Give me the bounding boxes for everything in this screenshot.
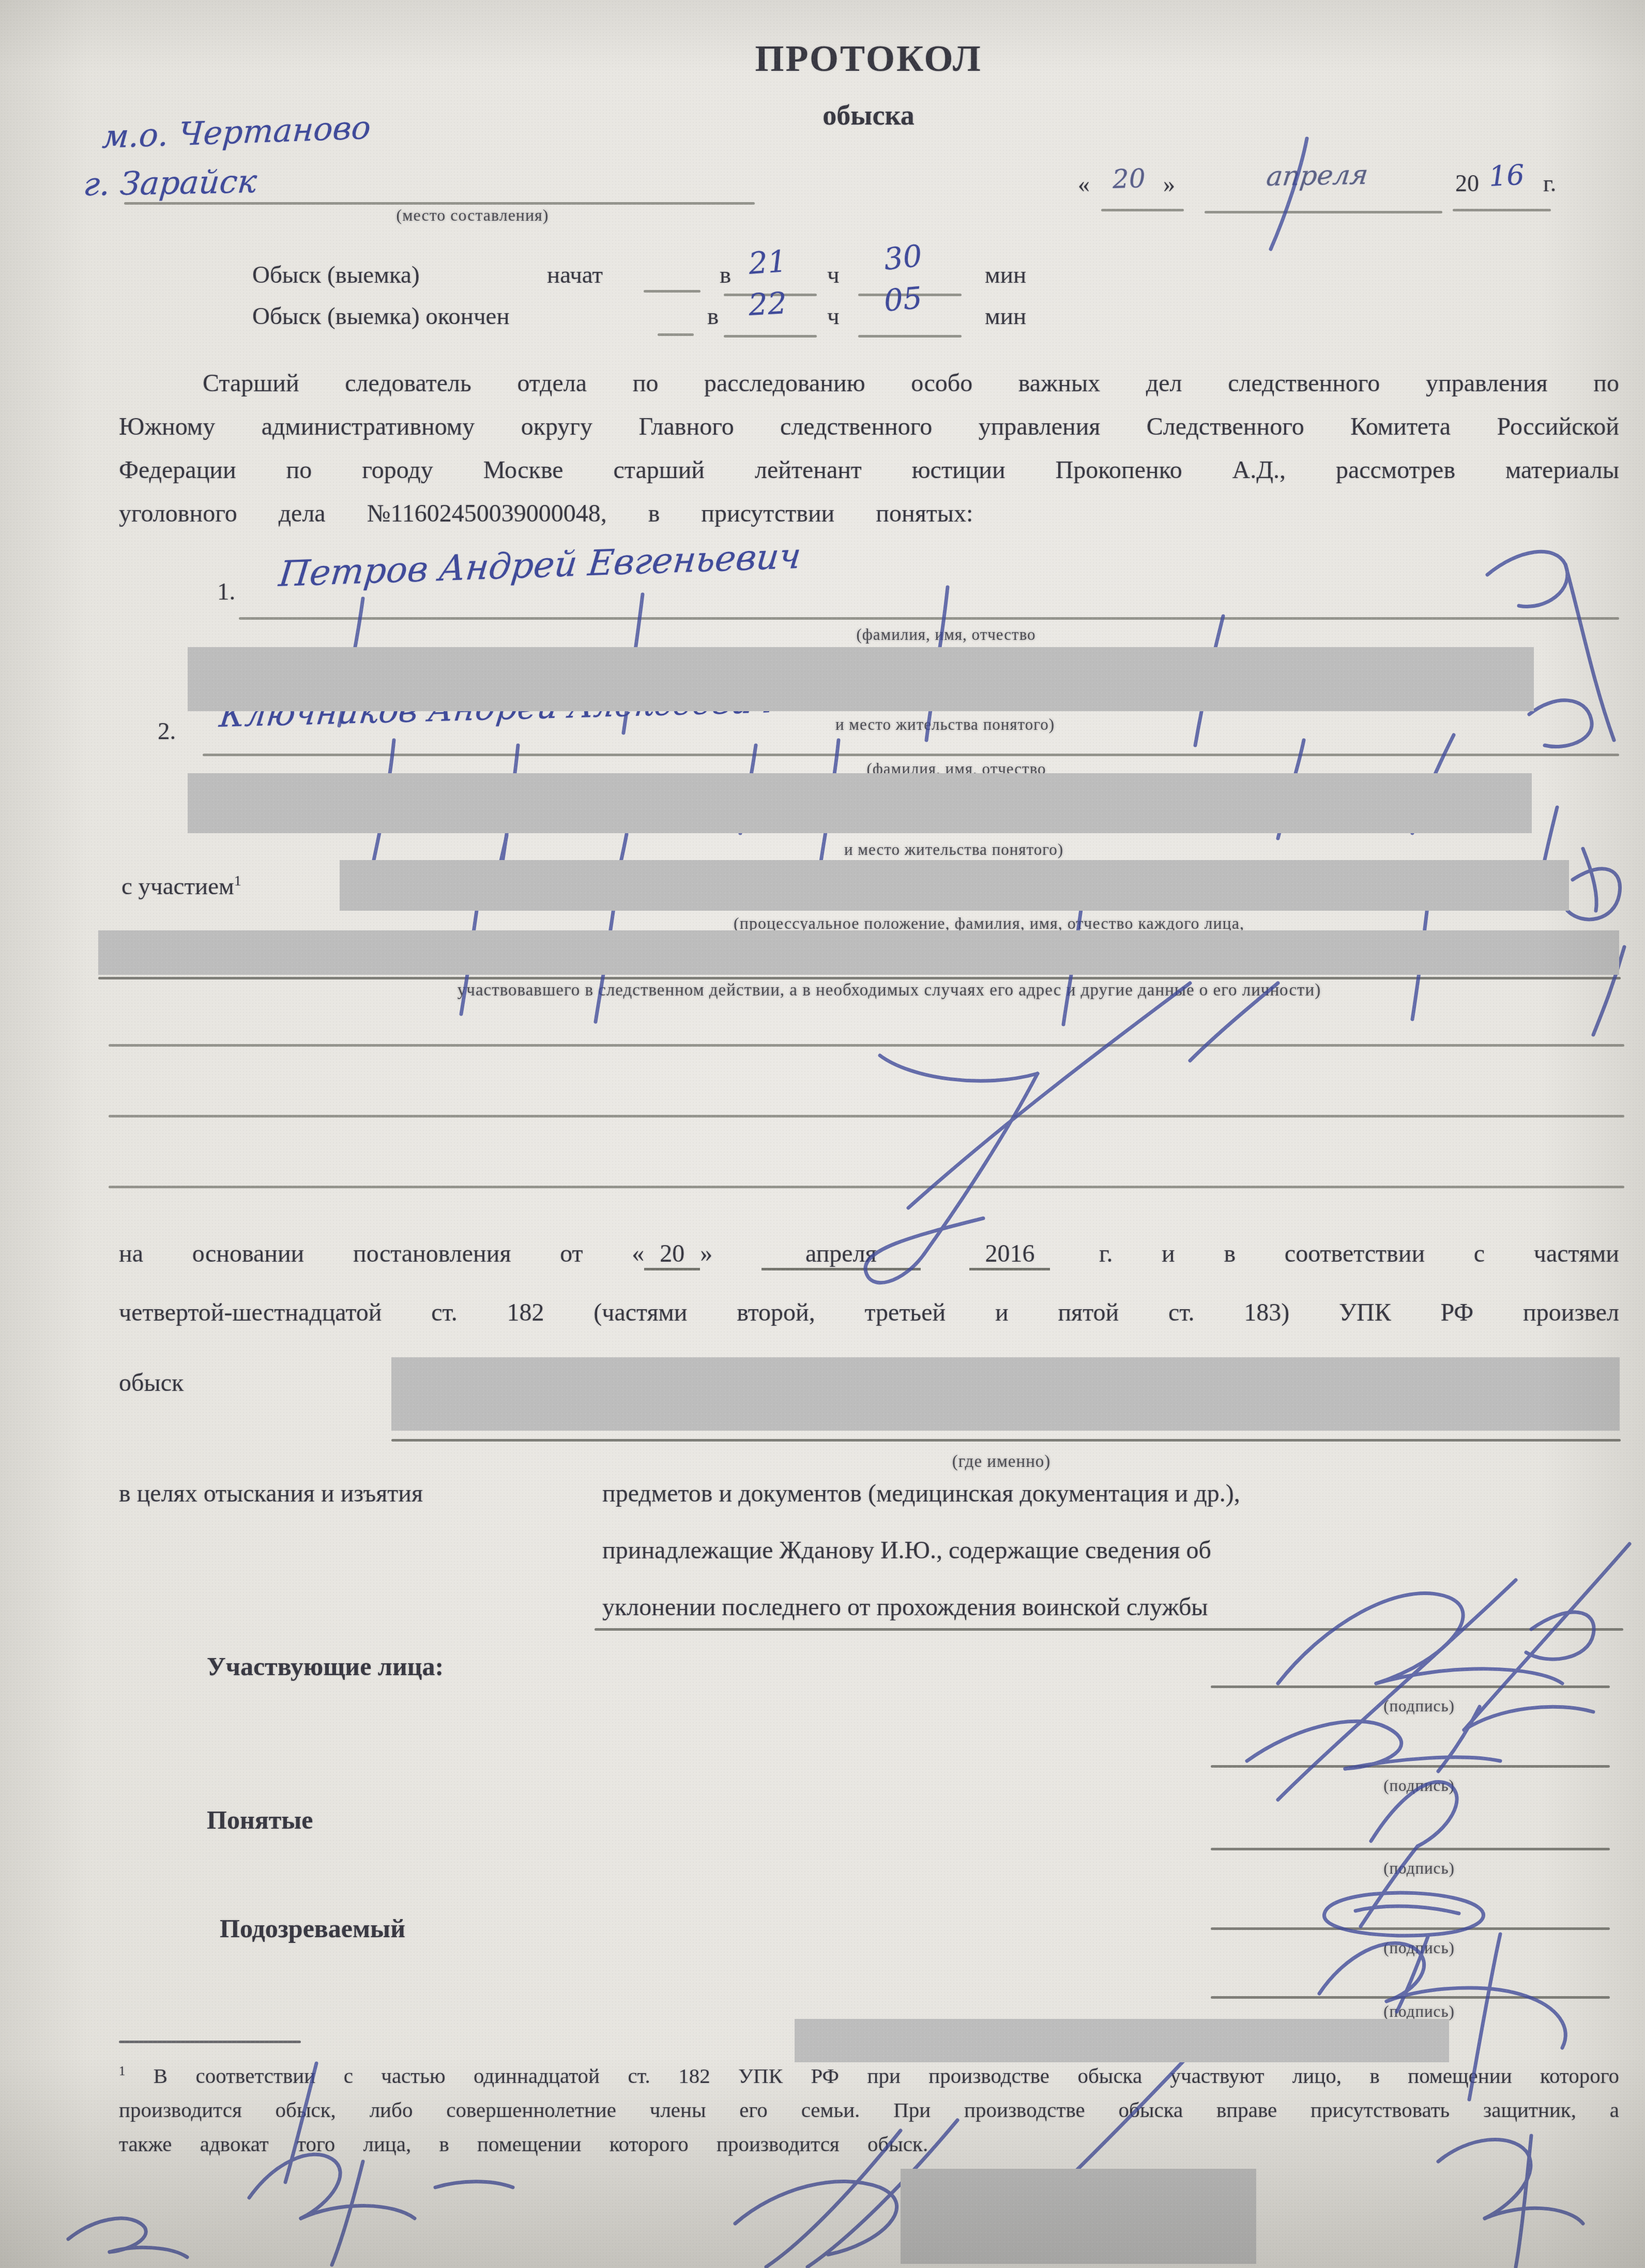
redaction-block-bottom [901, 2169, 1256, 2264]
finished-minutes-line [858, 335, 962, 338]
date-day-line [1101, 209, 1184, 211]
search-started-verb: начат [547, 261, 603, 289]
basis-open-quote: « [632, 1240, 644, 1267]
date-month-line [1205, 211, 1442, 213]
redaction-block-suspect-signature [795, 2019, 1449, 2062]
date-year-suffix: г. [1543, 170, 1556, 197]
basis-line-2: четвертой-шестнадцатой ст. 182 (частями … [119, 1298, 1619, 1327]
signature-line-2 [1211, 1765, 1610, 1768]
signature-line-5 [1211, 1996, 1610, 1999]
finished-hours-line [724, 335, 817, 338]
blank-line-1 [109, 1044, 1624, 1047]
search-started-in: в [720, 261, 731, 289]
date-close-quote: » [1163, 171, 1175, 198]
witness1-caption-top: (фамилия, имя, отчество [856, 625, 1035, 644]
signature-line-1 [1211, 1685, 1610, 1688]
signature-line-3 [1211, 1848, 1610, 1850]
basis-suffix: г. и в соответствии с частями [1099, 1240, 1619, 1267]
basis-line-1: на основании постановления от «20» апрел… [119, 1239, 1619, 1270]
redaction-block-participant [340, 860, 1569, 911]
search-finished-minutes-unit: мин [985, 302, 1026, 330]
witness1-name-line [239, 617, 1619, 620]
footnote-separator [119, 2041, 301, 2043]
participation-label: с участием1 [121, 872, 241, 900]
date-year-handwritten: 16 [1488, 158, 1525, 193]
place-caption: (место составления) [397, 206, 549, 225]
purpose-line-1: предметов и документов (медицинская доку… [602, 1479, 1240, 1508]
basis-year-field: 2016 [969, 1239, 1050, 1270]
witness1-name-handwritten: Петров Андрей Евгеньевич [277, 536, 803, 595]
signature-caption-4: (подпись) [1383, 1939, 1455, 1957]
date-month-handwritten: апреля [1265, 160, 1369, 193]
search-finished-in: в [707, 302, 719, 330]
date-year-line [1453, 209, 1551, 211]
redaction-block-witness1-address [188, 647, 1534, 711]
witnesses-section-label: Понятые [207, 1805, 313, 1835]
search-started-minutes-unit: мин [985, 261, 1026, 289]
footnote: 1 В соответствии с частью одиннадцатой с… [119, 2055, 1619, 2161]
basis-day-field: 20 [644, 1239, 700, 1270]
signature-caption-2: (подпись) [1383, 1776, 1455, 1795]
scanned-search-protocol-page: ПРОТОКОЛ обыска м.о. Чертаново г. Зарайс… [0, 0, 1645, 2268]
purpose-underline [595, 1628, 1623, 1631]
date-open-quote: « [1078, 171, 1090, 198]
footnote-text: В соответствии с частью одиннадцатой ст.… [119, 2064, 1619, 2156]
participation-label-text: с участием [121, 873, 234, 900]
where-line [391, 1439, 1621, 1442]
search-started-label: Обыск (выемка) [252, 261, 420, 289]
search-finished-minutes: 05 [882, 280, 923, 318]
witness1-caption-bottom: и место жительства понятого) [835, 715, 1055, 734]
search-finished-hours: 22 [748, 285, 787, 323]
place-handwriting-line1: м.о. Чертаново [101, 109, 372, 156]
witness2-name-line [203, 754, 1619, 756]
basis-object-word: обыск [119, 1369, 184, 1397]
purpose-line-3: уклонении последнего от прохождения воин… [602, 1593, 1208, 1621]
blank-line-2 [109, 1115, 1624, 1117]
search-finished-label: Обыск (выемка) окончен [252, 302, 510, 330]
witness2-caption-bottom: и место жительства понятого) [844, 840, 1063, 859]
purpose-line-2: принадлежащие Жданову И.Ю., содержащие с… [602, 1536, 1211, 1565]
signature-caption-5: (подпись) [1383, 2002, 1455, 2021]
intro-paragraph: Старший следователь отдела по расследова… [119, 362, 1619, 535]
search-finished-hours-unit: ч [827, 302, 840, 330]
participation-footnote-ref: 1 [234, 873, 241, 889]
witness1-number: 1. [217, 578, 235, 606]
basis-close-quote: » [700, 1240, 712, 1267]
participation-line [98, 977, 1621, 979]
redaction-block-witness2-address [188, 773, 1532, 833]
purpose-label: в целях отыскания и изъятия [119, 1479, 423, 1508]
basis-prefix: на основании постановления от [119, 1240, 583, 1267]
signature-line-4 [1211, 1927, 1610, 1930]
date-year-prefix: 20 [1455, 170, 1479, 197]
search-started-hours: 21 [748, 243, 788, 281]
where-caption: (где именно) [952, 1452, 1051, 1472]
search-started-hours-unit: ч [827, 261, 840, 289]
basis-month-field: апреля [761, 1239, 921, 1270]
witness2-number: 2. [158, 717, 176, 745]
suspect-section-label: Подозреваемый [220, 1913, 405, 1943]
search-started-minutes: 30 [882, 238, 924, 277]
redaction-block-participant-details [98, 930, 1619, 975]
page-subtitle: обыска [724, 99, 1013, 131]
started-blank-line [644, 290, 700, 293]
place-line [124, 202, 755, 205]
participants-section-label: Участвующие лица: [207, 1651, 444, 1681]
signature-caption-1: (подпись) [1383, 1697, 1455, 1715]
participation-caption-bottom: участвовавшего в следственном действии, … [458, 981, 1321, 1000]
footnote-marker: 1 [119, 2064, 125, 2078]
redaction-block-search-location [391, 1357, 1620, 1431]
blank-line-3 [109, 1186, 1624, 1188]
page-title: ПРОТОКОЛ [724, 37, 1013, 80]
signature-caption-3: (подпись) [1383, 1859, 1455, 1878]
date-day-handwritten: 20 [1112, 163, 1146, 194]
finished-blank-line [658, 333, 694, 336]
place-handwriting-line2: г. Зарайск [82, 162, 258, 203]
